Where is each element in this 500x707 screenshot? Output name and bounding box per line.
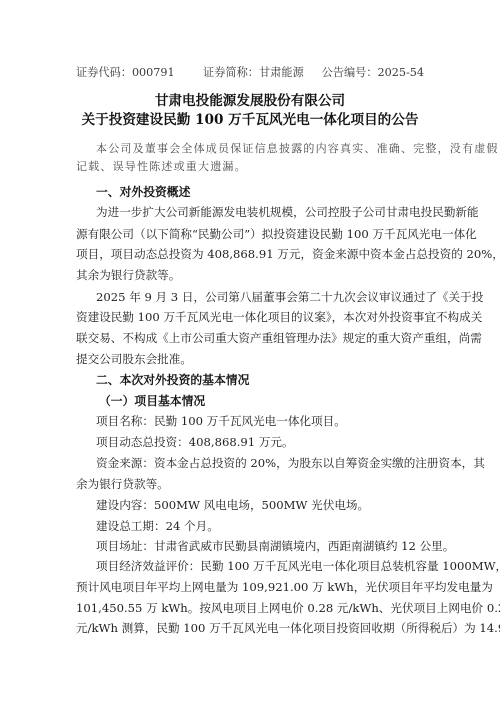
subsection-heading-project-info: （一）项目基本情况 [99,393,447,409]
paragraph-line: 源有限公司（以下简称“民勤公司”）拟投资建设民勤 100 万千瓦风光电一体化 [76,226,424,242]
project-economics: 101,450.55 万 kWh。按风电项目上网电价 0.28 元/kWh、光伏… [76,600,424,616]
stock-abbreviation: 证券简称：甘肃能源 [203,65,304,81]
project-investment: 项目动态总投资：408,868.91 万元。 [96,434,424,450]
paragraph-line: 资建设民勤 100 万千瓦风光电一体化项目的议案》，本次对外投资事宜不构成关 [76,309,424,325]
project-period: 建设总工期：24 个月。 [96,518,424,534]
project-site: 项目场址：甘肃省武威市民勤县南湖镇境内，西距南湖镇约 12 公里。 [96,538,424,554]
stock-code: 证券代码：000791 [76,65,175,81]
paragraph-line: 提交公司股东会批准。 [76,351,424,367]
announcement-title: 关于投资建设民勤 100 万千瓦风光电一体化项目的公告 [0,111,500,129]
paragraph-line: 其余为银行贷款等。 [76,267,424,283]
project-funding: 资金来源：资本金占总投资的 20%，为股东以自筹资金实缴的注册资本，其 [96,455,424,471]
project-economics: 预计风电项目年平均上网电量为 109,921.00 万 kWh，光伏项目年平均发… [76,579,424,595]
section-heading-basic-info: 二、本次对外投资的基本情况 [96,372,444,388]
project-name: 项目名称：民勤 100 万千瓦风光电一体化项目。 [96,413,424,429]
disclaimer-line: 本公司及董事会全体成员保证信息披露的内容真实、准确、完整，没有虚假 [96,141,424,157]
project-funding-cont: 余为银行贷款等。 [76,476,424,492]
paragraph-line: 联交易、不构成《上市公司重大资产重组管理办法》规定的重大资产重组，尚需 [76,330,424,346]
paragraph-line: 为进一步扩大公司新能源发电装机规模，公司控股子公司甘肃电投民勤新能 [96,204,424,220]
announcement-number: 公告编号：2025-54 [322,65,424,81]
section-heading-overview: 一、对外投资概述 [96,184,444,200]
project-economics: 项目经济效益评价：民勤 100 万千瓦风光电一体化项目总装机容量 1000MW， [96,558,424,574]
paragraph-line: 2025 年 9 月 3 日，公司第八届董事会第二十九次会议审议通过了《关于投 [96,289,424,305]
company-name-title: 甘肃电投能源发展股份有限公司 [0,92,500,110]
paragraph-line: 项目，项目动态总投资为 408,868.91 万元，资金来源中资本金占总投资的 … [76,246,424,262]
disclaimer-line: 记载、误导性陈述或重大遗漏。 [76,159,424,175]
document-page: 证券代码：000791 证券简称：甘肃能源 公告编号：2025-54 甘肃电投能… [0,0,500,707]
project-content: 建设内容：500MW 风电电场，500MW 光伏电场。 [96,497,424,513]
project-economics: 元/kWh 测算，民勤 100 万千瓦风光电一体化项目投资回收期（所得税后）为 … [76,620,424,636]
announcement-header: 证券代码：000791 证券简称：甘肃能源 公告编号：2025-54 [76,65,424,81]
